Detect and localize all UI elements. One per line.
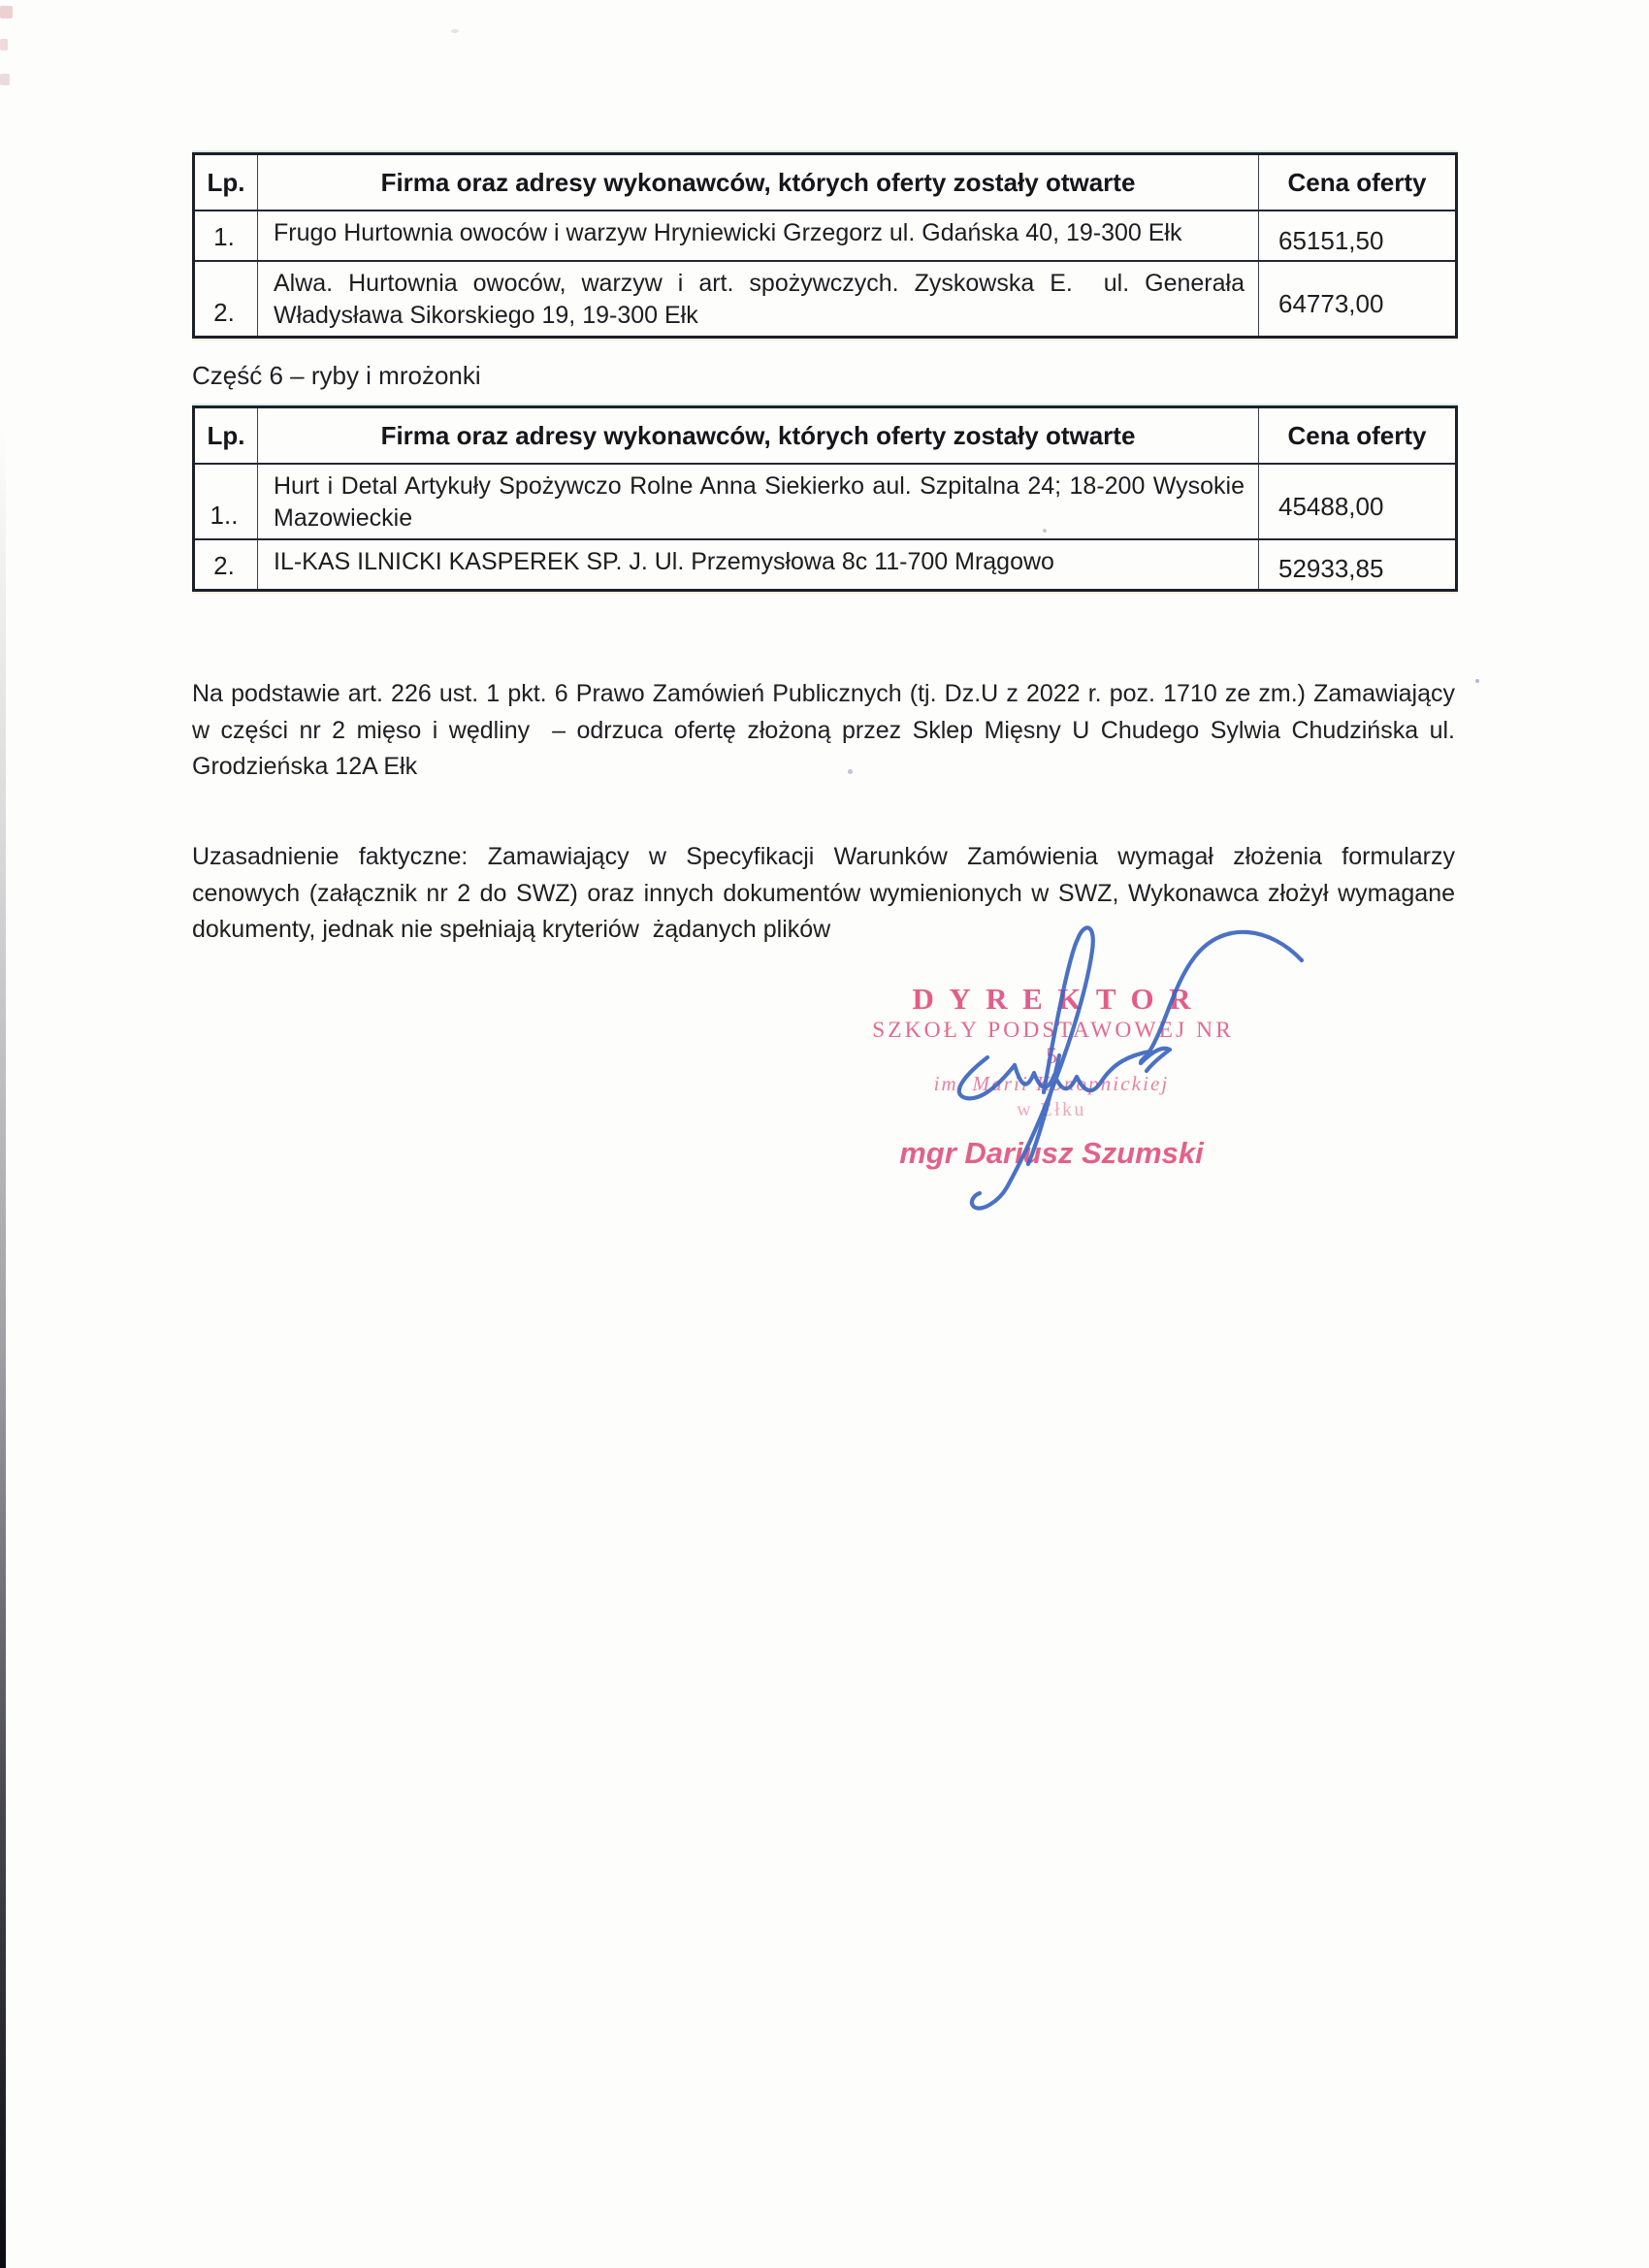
paragraph-rejection-notice: Na podstawie art. 226 ust. 1 pkt. 6 Praw…	[192, 676, 1455, 786]
lp-cell: 1.	[194, 211, 258, 261]
paragraph-factual-justification: Uzasadnienie faktyczne: Zamawiający w Sp…	[192, 839, 1455, 949]
price-cell: 45488,00	[1259, 464, 1457, 539]
document-page: Lp. Firma oraz adresy wykonawców, któryc…	[0, 0, 1649, 2268]
firma-cell: Hurt i Detal Artykuły Spożywczo Rolne An…	[258, 464, 1259, 539]
stamp-city: w Ełku	[861, 1099, 1242, 1121]
header-cena: Cena oferty	[1259, 154, 1457, 211]
stamp-title: DYREKTOR	[861, 982, 1242, 1017]
header-lp: Lp.	[194, 407, 258, 465]
scan-edge-artifact	[0, 427, 6, 2268]
lp-cell: 2.	[194, 261, 258, 338]
table-row: 2. IL-KAS ILNICKI KASPEREK SP. J. Ul. Pr…	[194, 539, 1457, 590]
lp-cell: 2.	[194, 539, 258, 590]
scan-edge-mark	[0, 39, 8, 50]
firma-cell: IL-KAS ILNICKI KASPEREK SP. J. Ul. Przem…	[258, 539, 1259, 590]
header-cena: Cena oferty	[1259, 407, 1457, 465]
section-label-czesc-6: Część 6 – ryby i mrożonki	[192, 361, 481, 391]
table-row: 1.. Hurt i Detal Artykuły Spożywczo Roln…	[194, 464, 1457, 539]
price-cell: 52933,85	[1259, 539, 1457, 590]
table-row: 2. Alwa. Hurtownia owoców, warzyw i art.…	[194, 261, 1457, 338]
table-row: 1. Frugo Hurtownia owoców i warzyw Hryni…	[194, 211, 1457, 261]
director-stamp: DYREKTOR SZKOŁY PODSTAWOWEJ NR 5 im. Mar…	[861, 982, 1242, 1171]
header-firma: Firma oraz adresy wykonawców, których of…	[258, 154, 1259, 211]
offers-table-fish-frozen: Lp. Firma oraz adresy wykonawców, któryc…	[192, 405, 1458, 592]
price-cell: 65151,50	[1259, 211, 1457, 261]
lp-cell: 1..	[194, 464, 258, 539]
scan-edge-mark	[0, 74, 10, 85]
firma-cell: Frugo Hurtownia owoców i warzyw Hryniewi…	[258, 211, 1259, 261]
header-firma: Firma oraz adresy wykonawców, których of…	[258, 407, 1259, 465]
firma-cell: Alwa. Hurtownia owoców, warzyw i art. sp…	[258, 261, 1259, 338]
table-header-row: Lp. Firma oraz adresy wykonawców, któryc…	[194, 407, 1457, 465]
scan-speck	[451, 29, 459, 33]
price-cell: 64773,00	[1259, 261, 1457, 338]
scan-speck	[1043, 529, 1047, 533]
stamp-principal-name: mgr Dariusz Szumski	[861, 1136, 1242, 1171]
table-header-row: Lp. Firma oraz adresy wykonawców, któryc…	[194, 154, 1457, 211]
stamp-patron: im. Marii Konopnickiej	[861, 1072, 1242, 1096]
scan-speck	[848, 769, 853, 774]
offers-table-fruits-vegetables: Lp. Firma oraz adresy wykonawców, któryc…	[192, 152, 1458, 339]
scan-speck	[1475, 679, 1479, 683]
scan-edge-mark	[0, 6, 13, 18]
header-lp: Lp.	[194, 154, 258, 211]
stamp-school-name: SZKOŁY PODSTAWOWEJ NR 5	[861, 1018, 1242, 1070]
